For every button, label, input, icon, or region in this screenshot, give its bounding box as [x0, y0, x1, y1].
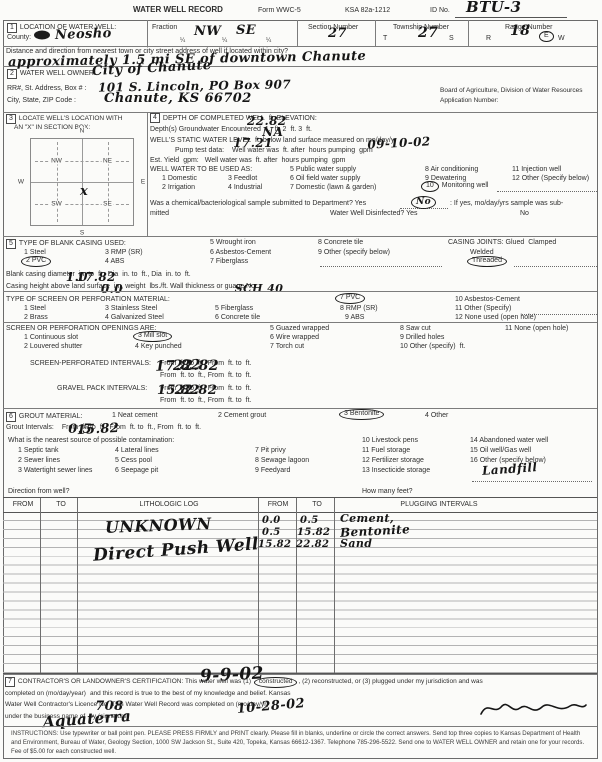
divider — [297, 20, 298, 46]
licence-label: Water Well Contractor's Licence No — [5, 701, 107, 709]
column-line — [77, 498, 78, 673]
screen-option: 11 Other (Specify) — [455, 305, 511, 313]
casing-option: 9 Other (specify below) — [318, 249, 390, 257]
ft-to-label: ft. to — [228, 385, 242, 393]
ft-to-label: ft. to — [180, 397, 194, 405]
contam-option: 6 Seepage pit — [115, 467, 158, 475]
section6-number: 6 — [6, 412, 16, 422]
contam-option: 2 Sewer lines — [18, 457, 60, 465]
contam-option: 7 Pit privy — [255, 447, 286, 455]
divider — [3, 291, 597, 292]
screen-option: 8 RMP (SR) — [340, 305, 378, 313]
casing-option: 7 Fiberglass — [210, 258, 248, 266]
section4-number: 4 — [150, 113, 160, 123]
quadrant-sw: SW — [49, 200, 63, 207]
use-option: 12 Other (Specify below) — [512, 175, 589, 183]
section2-title: WATER WELL OWNER: — [20, 70, 96, 77]
ft-to-label: ft. to — [228, 397, 242, 405]
township-value: 27 — [418, 25, 438, 41]
section7-number: 7 — [5, 677, 15, 687]
contam-option: 4 Lateral lines — [115, 447, 159, 455]
divider — [3, 322, 597, 323]
county-value: Neosho — [55, 26, 112, 43]
sample-line2: mitted — [150, 210, 169, 218]
county-scribble — [33, 30, 51, 40]
opening-option: 9 Drilled holes — [400, 334, 444, 342]
use-option: 8 Air conditioning — [425, 166, 478, 174]
from-label: From — [160, 372, 176, 380]
well-x-mark: x — [80, 184, 88, 199]
divider — [375, 20, 376, 46]
opening-option: 4 Key punched — [135, 343, 182, 351]
use-option: 11 Injection well — [512, 166, 561, 174]
id-underline — [455, 17, 567, 18]
column-line — [258, 498, 259, 673]
opening-option: 7 Torch cut — [270, 343, 304, 351]
casing-joints-label: CASING JOINTS: Glued — [448, 239, 524, 247]
form-number: Form WWC-5 — [258, 7, 301, 15]
dashed-line — [57, 142, 58, 222]
casing-option: 5 Wrought iron — [210, 239, 256, 247]
contam-option: 11 Fuel storage — [362, 447, 410, 455]
sample-answer-circled: No — [411, 196, 436, 209]
plugging-to-3: 22.82 — [296, 539, 329, 550]
use-header: WELL WATER TO BE USED AS: — [150, 166, 252, 174]
divider — [3, 112, 597, 113]
contam-option: 9 Feedyard — [255, 467, 290, 475]
disinfected-no: No — [520, 210, 529, 218]
contam-option: 1 Septic tank — [18, 447, 58, 455]
opening-option: 11 None (open hole) — [505, 325, 568, 333]
range-value: 18 — [510, 23, 530, 39]
divider — [3, 46, 597, 47]
pump-test-label: Pump test data: — [175, 147, 224, 155]
table-header-row: FROM TO LITHOLOGIC LOG FROM TO PLUGGING … — [3, 498, 597, 513]
screen-option: 12 None used (open hole) — [455, 314, 536, 322]
section3-number: 3 — [6, 114, 16, 124]
section-box-diagram: N S W E NW NE SW SE x — [30, 138, 134, 226]
casing-option: 8 Concrete tile — [318, 239, 363, 247]
owner-city-value: Chanute, KS 66702 — [104, 91, 252, 106]
quarter-mark: ¼ — [180, 37, 185, 45]
completed-date-value: 9-9-02 — [200, 663, 265, 686]
casing-option: 3 RMP (SR) — [105, 249, 143, 257]
ft-label: ft. — [460, 343, 466, 351]
grout-intervals-label: Grout Intervals: — [6, 424, 54, 432]
groundwater-3-label: ft. 3 — [290, 126, 302, 134]
well-water-was-label: Well water was — [232, 147, 279, 155]
plugging-from-2: 0.5 — [262, 527, 281, 538]
ft-after-label: ft. after — [283, 147, 305, 155]
section5-number: 5 — [6, 239, 16, 249]
contam-option: 3 Watertight sewer lines — [18, 467, 92, 475]
business-name-value: Aquaterra — [43, 712, 132, 726]
use-other-blank — [497, 184, 597, 192]
range-w: W — [558, 35, 565, 43]
screen-option: 6 Concrete tile — [215, 314, 260, 322]
divider — [3, 726, 597, 727]
certification-text-b: , (2) reconstructed, or (3) plugged unde… — [298, 678, 482, 685]
in-to-label: in. to — [122, 271, 137, 279]
grout-option: 1 Neat cement — [112, 412, 158, 420]
direction-from-well-label: Direction from well? — [8, 488, 69, 496]
ft-to-label: ft. to — [180, 372, 194, 380]
range-east-circled: E — [539, 31, 554, 42]
casing-option: 4 ABS — [105, 258, 124, 266]
quadrant-ne: NE — [101, 157, 114, 164]
threaded-circled: Threaded — [467, 256, 507, 267]
water-well-record-form: WATER WELL RECORD Form WWC-5 KSA 82a-121… — [0, 0, 602, 762]
column-line — [296, 498, 297, 673]
screen-material-title: TYPE OF SCREEN OR PERFORATION MATERIAL: — [6, 296, 170, 304]
ft-after-label: ft. after — [256, 157, 278, 165]
board-of-agriculture: Board of Agriculture, Division of Water … — [440, 87, 582, 95]
fraction2-value: SE — [236, 23, 256, 38]
section3-title-line1: LOCATE WELL'S LOCATION WITH — [19, 115, 123, 122]
signature-scribble — [478, 698, 588, 720]
county-label: County: — [7, 34, 31, 42]
casing-pvc-circled: 2 PVC — [21, 256, 51, 267]
col-header-to: TO — [56, 501, 66, 508]
bentonite-circled: 3 Bentonite — [339, 409, 384, 420]
screen-option: 3 Stainless Steel — [105, 305, 157, 313]
ft-from-label: ft., From — [198, 397, 224, 405]
ft-dia-label: ft., Dia — [141, 271, 161, 279]
contam-option: 14 Abandoned water well — [470, 437, 548, 445]
ft-from-label: ft., From — [198, 372, 224, 380]
record-true-text: and this record is true to the best of m… — [90, 690, 291, 698]
township-s: S — [449, 35, 454, 43]
casing-diameter-ft: 17.82 — [76, 273, 116, 281]
contam-option: 15 Oil well/Gas well — [470, 447, 531, 455]
plugging-from-3: 15.82 — [258, 539, 291, 550]
grout-interval-to: 15.82 — [76, 425, 119, 435]
screen-interval-to: 22.82 — [173, 362, 219, 370]
owner-city-label: City, State, ZIP Code : — [7, 97, 76, 105]
quarter-mark: ¼ — [266, 37, 271, 45]
divider — [3, 236, 597, 237]
groundwater-label: Depth(s) Groundwater Encountered — [150, 126, 261, 134]
opening-option: 6 Wire wrapped — [270, 334, 319, 342]
use-option: 6 Oil field water supply — [290, 175, 360, 183]
ksa-number: KSA 82a-1212 — [345, 7, 390, 15]
column-line — [40, 498, 41, 673]
plugging-from-1: 0.0 — [262, 515, 281, 526]
compass-e: E — [139, 179, 147, 186]
threaded-blank — [514, 259, 597, 267]
completed-on-label: completed on (mo/day/year) — [5, 690, 86, 698]
compass-w: W — [16, 179, 26, 186]
compass-vertical-axis — [82, 139, 83, 225]
gravel-interval-to: 22.82 — [175, 387, 218, 395]
compass-n: N — [78, 128, 87, 135]
ft-label: ft. — [246, 360, 252, 368]
fraction1-value: NW — [194, 24, 221, 39]
section6-title: GROUT MATERIAL: — [19, 413, 83, 420]
fraction-label: Fraction — [152, 24, 177, 32]
quadrant-nw: NW — [49, 157, 64, 164]
plugging-to-1: 0.5 — [300, 515, 319, 526]
quadrant-se: SE — [101, 200, 114, 207]
static-level-value: 17.21 — [233, 139, 273, 147]
owner-address-label: RR#, St. Address, Box # : — [7, 85, 86, 93]
use-option: 1 Domestic — [162, 175, 197, 183]
from-label: From — [160, 397, 176, 405]
township-t: T — [383, 35, 387, 43]
plugging-mat-3: Sand — [340, 537, 372, 550]
contam-option: 12 Fertilizer storage — [362, 457, 424, 465]
lithologic-entry-1: UNKNOWN — [105, 514, 212, 537]
gpm-label: gpm — [359, 147, 373, 155]
opening-option: 2 Louvered shutter — [24, 343, 82, 351]
clamped-label: Clamped — [528, 239, 556, 247]
monitoring-well-label: Monitoring well — [442, 182, 489, 189]
ft-label: ft. — [246, 397, 252, 405]
ft-to-label: ft. to — [228, 372, 242, 380]
est-yield-label: Est. Yield — [150, 157, 179, 165]
contam-option: 5 Cess pool — [115, 457, 152, 465]
opening-option: 1 Continuous slot — [24, 334, 78, 342]
ft-label: ft. — [195, 424, 201, 432]
casing-option: 6 Asbestos-Cement — [210, 249, 271, 257]
screen-option: 1 Steel — [24, 305, 46, 313]
opening-option: 8 Saw cut — [400, 325, 431, 333]
hours-pumping-label: hours pumping — [309, 147, 355, 155]
column-line — [334, 498, 335, 673]
use-option: 3 Feedlot — [228, 175, 257, 183]
section5-title: TYPE OF BLANK CASING USED: — [19, 240, 126, 247]
use-option: 5 Public water supply — [290, 166, 356, 174]
id-label: ID No. — [430, 7, 450, 15]
col-header-from2: FROM — [268, 501, 289, 508]
contamination-label: What is the nearest source of possible c… — [8, 437, 174, 445]
grout-option: 4 Other — [425, 412, 448, 420]
screen-pvc-circled: 7 PVC — [335, 293, 365, 304]
in-to-label: in. to — [166, 271, 181, 279]
screen-option: 2 Brass — [24, 314, 48, 322]
ft-label: ft. — [246, 372, 252, 380]
screen-option: 5 Fiberglass — [215, 305, 253, 313]
quarter-mark: ¼ — [222, 37, 227, 45]
range-r: R — [486, 35, 491, 43]
mill-slot-circled: 3 Mill slot — [133, 331, 172, 342]
gpm-colon-label: gpm: — [183, 157, 199, 165]
section1-number: 1 — [7, 23, 17, 33]
screen-option: 4 Galvanized Steel — [105, 314, 164, 322]
form-title: WATER WELL RECORD — [133, 6, 223, 14]
col-header-to2: TO — [312, 501, 322, 508]
casing-other-blank — [320, 259, 442, 267]
sample-question: Was a chemical/bacteriological sample su… — [150, 200, 366, 208]
well-water-was-label: Well water was — [205, 157, 252, 165]
id-value-handwritten: BTU-3 — [466, 0, 521, 16]
hours-pumping-label: hours pumping — [282, 157, 328, 165]
ft-from-label: ft., From — [148, 424, 174, 432]
use-option: 7 Domestic (lawn & garden) — [290, 184, 376, 192]
grout-option: 2 Cement grout — [218, 412, 266, 420]
opening-option: 10 Other (specify) — [400, 343, 456, 351]
groundwater-1-value: NA — [262, 128, 283, 136]
screen-intervals-label: SCREEN-PERFORATED INTERVALS: — [30, 360, 151, 368]
col-header-lithologic: LITHOLOGIC LOG — [139, 501, 198, 508]
screen-option: 10 Asbestos-Cement — [455, 296, 520, 304]
opening-option: 5 Guazed wrapped — [270, 325, 329, 333]
ft-to-label: ft. to — [178, 424, 192, 432]
application-number-label: Application Number: — [440, 97, 499, 105]
ft-label: ft. — [306, 126, 312, 134]
depth-completed-value: 22.82 — [247, 117, 287, 125]
disinfected-label: Water Well Disinfected? Yes — [330, 210, 418, 218]
ft-label: ft. — [246, 385, 252, 393]
plugging-to-2: 15.82 — [297, 527, 330, 538]
gpm-label: gpm — [332, 157, 346, 165]
col-header-from: FROM — [13, 501, 34, 508]
dashed-line — [108, 142, 109, 222]
casing-height-label: Casing height above land surface — [6, 283, 110, 291]
sample-post: : If yes, mo/day/yrs sample was sub- — [450, 200, 563, 208]
section2-number: 2 — [7, 69, 17, 79]
divider — [147, 20, 148, 46]
ft-to-label: ft. to — [228, 360, 242, 368]
instructions-text: INSTRUCTIONS: Use typewriter or ball poi… — [3, 726, 596, 752]
divider — [3, 408, 597, 409]
section-number-value: 27 — [328, 26, 347, 41]
how-many-feet-label: How many feet? — [362, 488, 413, 496]
use-option: 4 Industrial — [228, 184, 262, 192]
use-option-10-circled: 10 — [421, 181, 439, 192]
divider — [468, 20, 469, 46]
use-option: 2 Irrigation — [162, 184, 195, 192]
screen-option: 9 ABS — [345, 314, 364, 322]
casing-diameter-label: Blank casing diameter — [6, 271, 75, 279]
contam-option: 10 Livestock pens — [362, 437, 418, 445]
record-completed-date: 10-28-02 — [236, 700, 305, 714]
ft-to-label: ft. to — [130, 424, 144, 432]
ft-label: ft. — [185, 271, 191, 279]
gravel-pack-label: GRAVEL PACK INTERVALS: — [57, 385, 147, 393]
contam-option: 8 Sewage lagoon — [255, 457, 309, 465]
col-header-plugging: PLUGGING INTERVALS — [400, 501, 477, 508]
contam-option: 13 Insecticide storage — [362, 467, 430, 475]
divider — [147, 112, 148, 236]
